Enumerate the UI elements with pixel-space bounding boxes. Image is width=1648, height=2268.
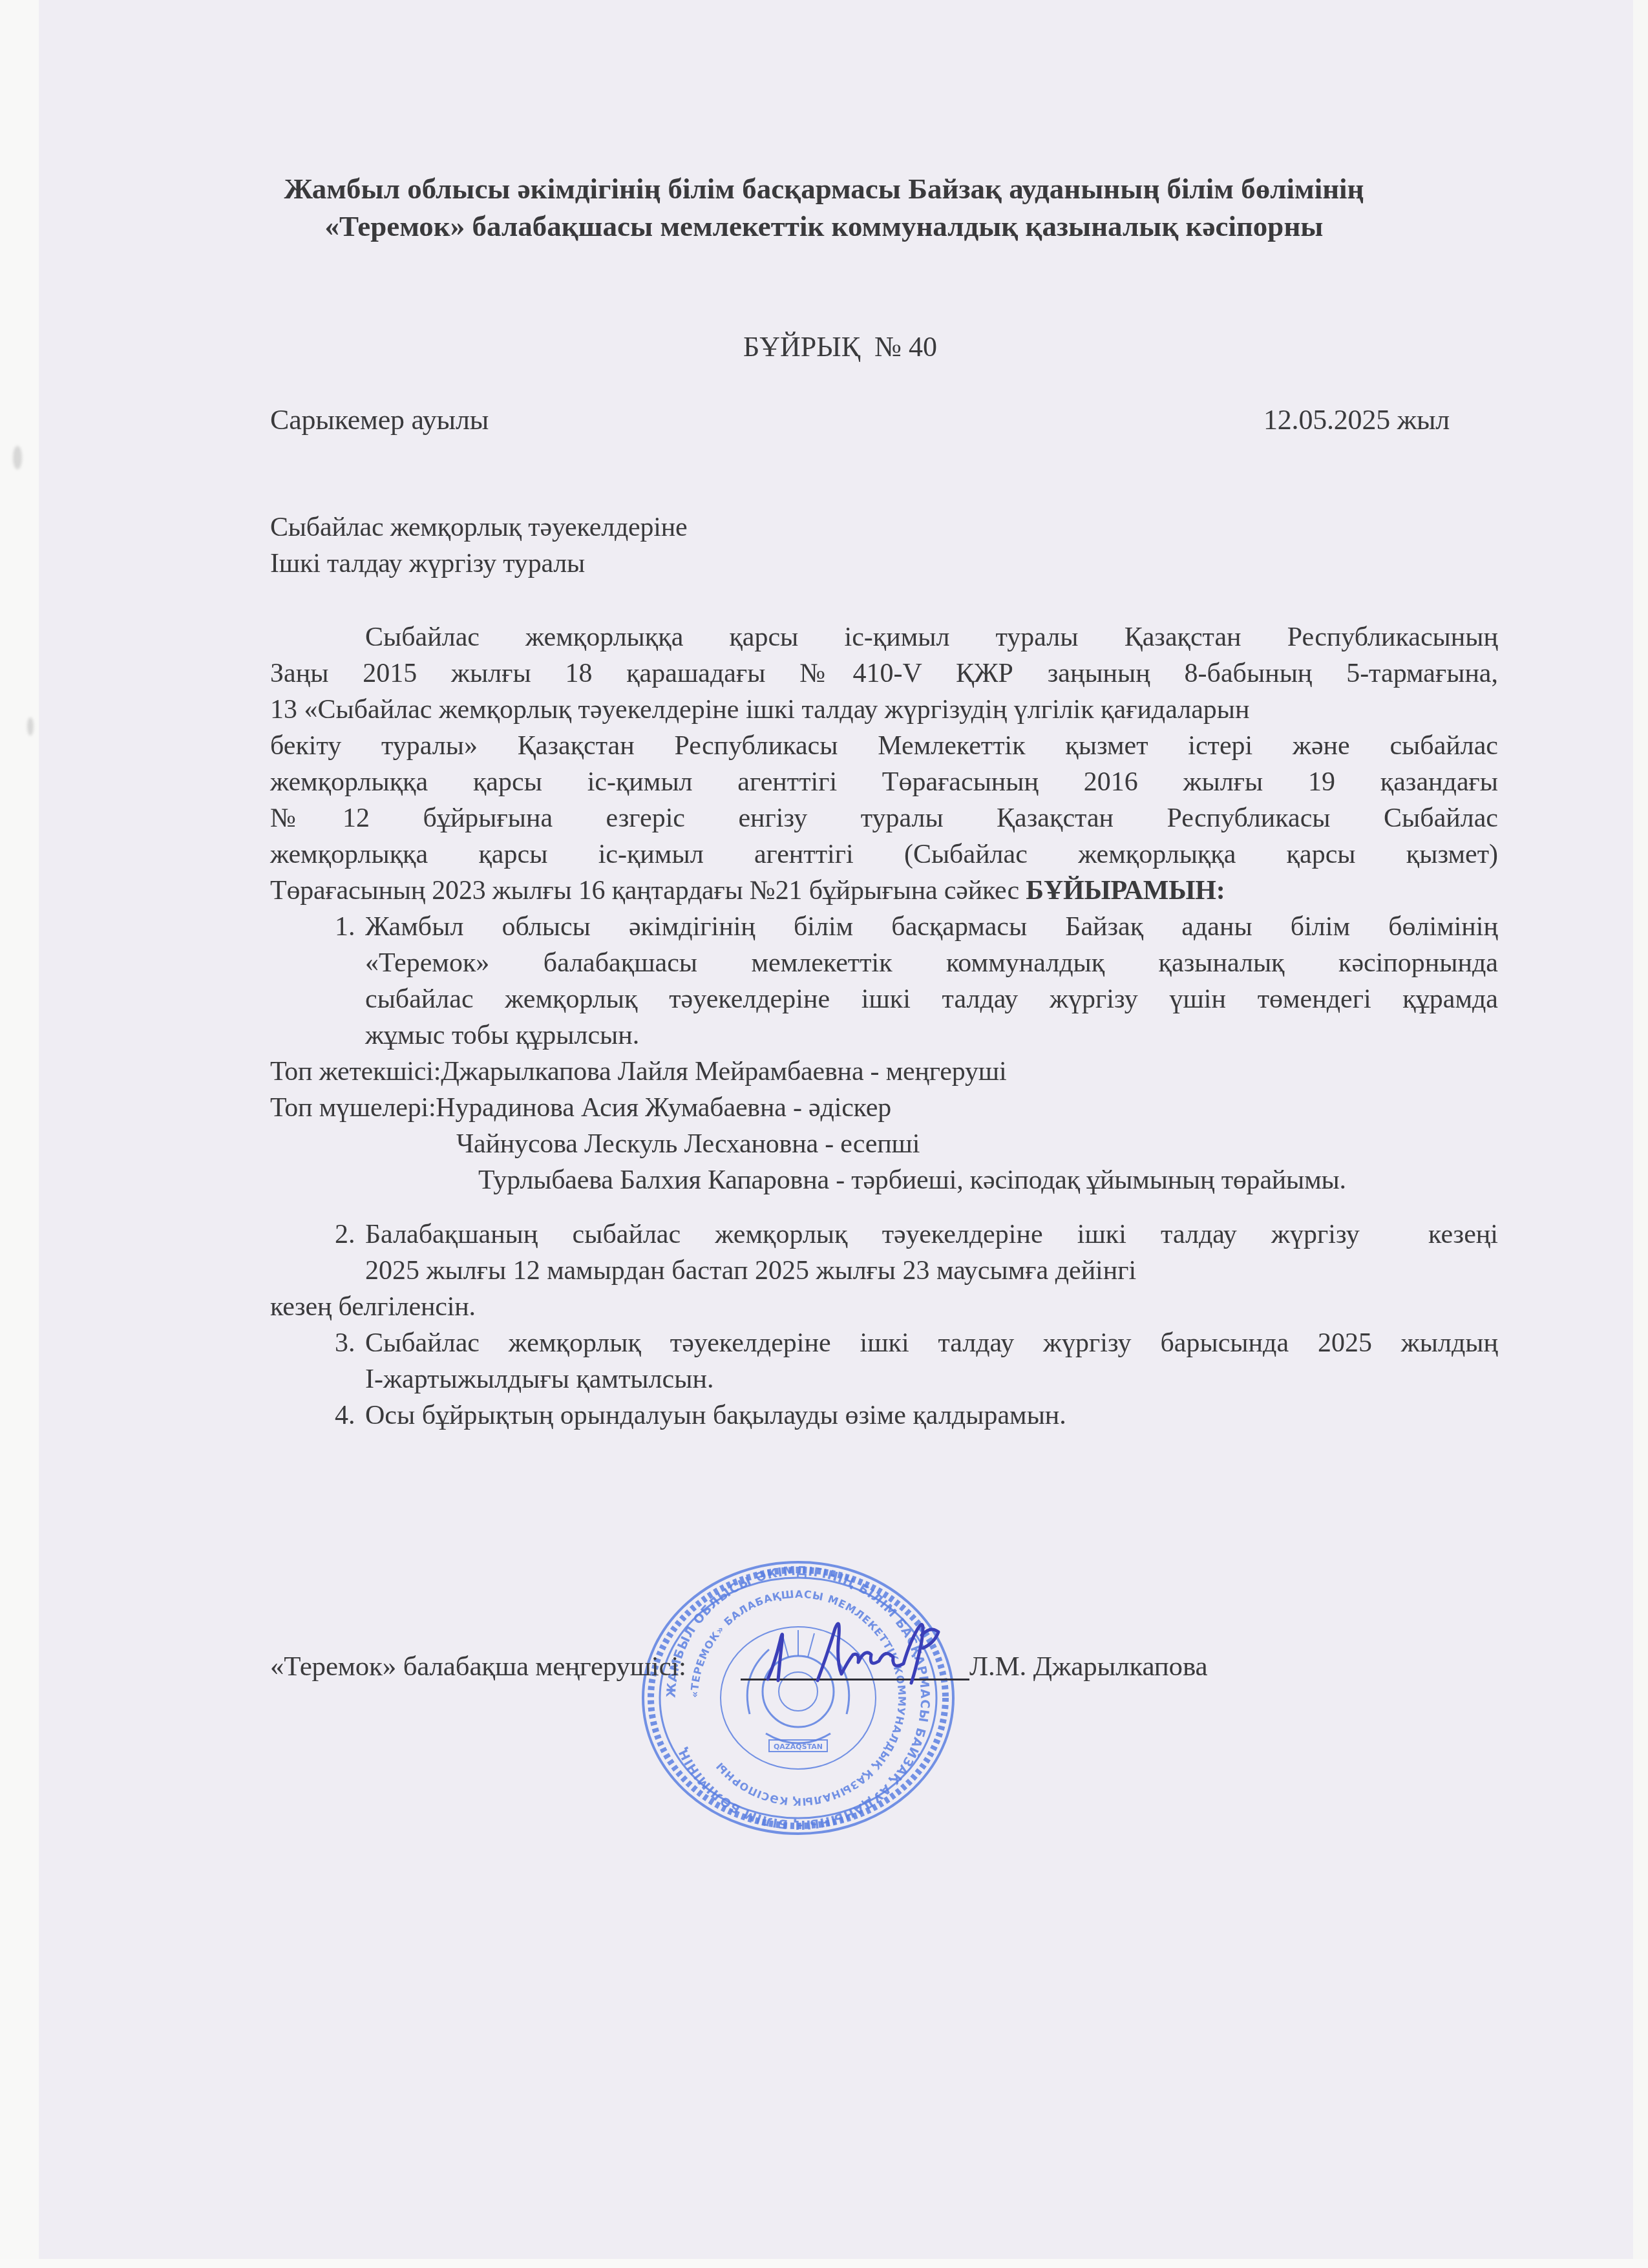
item-3-line: Сыбайлас жемқорлық тәуекелдеріне ішкі та…: [365, 1328, 1498, 1359]
group-leader: Топ жетекшісі:Джарылкапова Лайля Мейрамб…: [270, 1056, 1006, 1087]
decree-word: БҰЙЫРАМЫН:: [1026, 876, 1225, 906]
order-title: БҰЙРЫҚ № 40: [259, 331, 1422, 363]
item-number: 1.: [335, 911, 355, 942]
preamble-line: №12 бұйрығына езгеріс енгізу туралы Қаза…: [270, 803, 1498, 834]
item-3-line: І-жартыжылдығы қамтылсын.: [365, 1364, 1498, 1395]
preamble-line: Төрағасының 2023 жылғы 16 қаңтардағы №21…: [270, 876, 1019, 906]
preamble-line: 13 «Сыбайлас жемқорлық тәуекелдеріне ішк…: [270, 694, 1498, 725]
item-1-line: сыбайлас жемқорлық тәуекелдеріне ішкі та…: [365, 984, 1498, 1015]
item-1-line: «Теремок» балабақшасы мемлекеттік коммун…: [365, 948, 1498, 979]
preamble-line: жемқорлыққа қарсы іс-қимыл агенттігі Төр…: [270, 767, 1498, 798]
group-member-1: Топ мүшелері:Нурадинова Асия Жумабаевна …: [270, 1092, 891, 1123]
subject-line-2: Ішкі талдау жүргізу туралы: [270, 548, 585, 579]
org-header-line-2: «Теремок» балабақшасы мемлекеттік коммун…: [259, 209, 1389, 243]
item-2-line: 2025 жылғы 12 мамырдан бастап 2025 жылғы…: [365, 1255, 1498, 1286]
item-number: 3.: [335, 1328, 355, 1359]
item-2-line: Балабақшаның сыбайлас жемқорлық тәуекелд…: [365, 1219, 1498, 1250]
signatory-name: Л.М. Джарылкапова: [969, 1651, 1207, 1682]
scan-margin-bottom: [0, 2259, 1648, 2268]
signature-line: [741, 1679, 969, 1680]
item-1-line: жұмыс тобы құрылсын.: [365, 1020, 1498, 1051]
date: 12.05.2025 жыл: [1263, 405, 1450, 436]
item-2-continuation: кезең белгіленсін.: [270, 1291, 476, 1322]
item-1-line: Жамбыл облысы әкімдігінің білім басқарма…: [365, 911, 1498, 942]
preamble-line: Сыбайлас жемқорлыққа қарсы іс-қимыл тура…: [365, 622, 1498, 653]
preamble-line: Заңы 2015 жылғы 18 қарашадағы №410-V ҚЖР…: [270, 658, 1498, 689]
scan-smudge: [13, 446, 22, 469]
group-member-3: Турлыбаева Балхия Капаровна - тәрбиеші, …: [478, 1165, 1346, 1196]
item-number: 2.: [335, 1219, 355, 1250]
place: Сарыкемер ауылы: [270, 405, 489, 436]
subject-line-1: Сыбайлас жемқорлық тәуекелдеріне: [270, 512, 688, 543]
item-number: 4.: [335, 1400, 355, 1431]
group-member-2: Чайнусова Лескуль Лесхановна - есепші: [456, 1129, 920, 1160]
preamble-last-line: Төрағасының 2023 жылғы 16 қаңтардағы №21…: [270, 875, 1225, 906]
scan-smudge: [27, 717, 34, 736]
item-4-line: Осы бұйрықтың орындалуын бақылауды өзіме…: [365, 1400, 1498, 1431]
org-header-line-1: Жамбыл облысы әкімдігінің білім басқарма…: [259, 172, 1389, 206]
scan-margin-right: [1633, 0, 1648, 2268]
preamble-line: жемқорлыққа қарсы іс-қимыл агенттігі (Сы…: [270, 839, 1498, 870]
signature-label: «Теремок» балабақша меңгерушісі:: [270, 1651, 686, 1682]
preamble-line: бекіту туралы» Қазақстан Республикасы Ме…: [270, 730, 1498, 761]
